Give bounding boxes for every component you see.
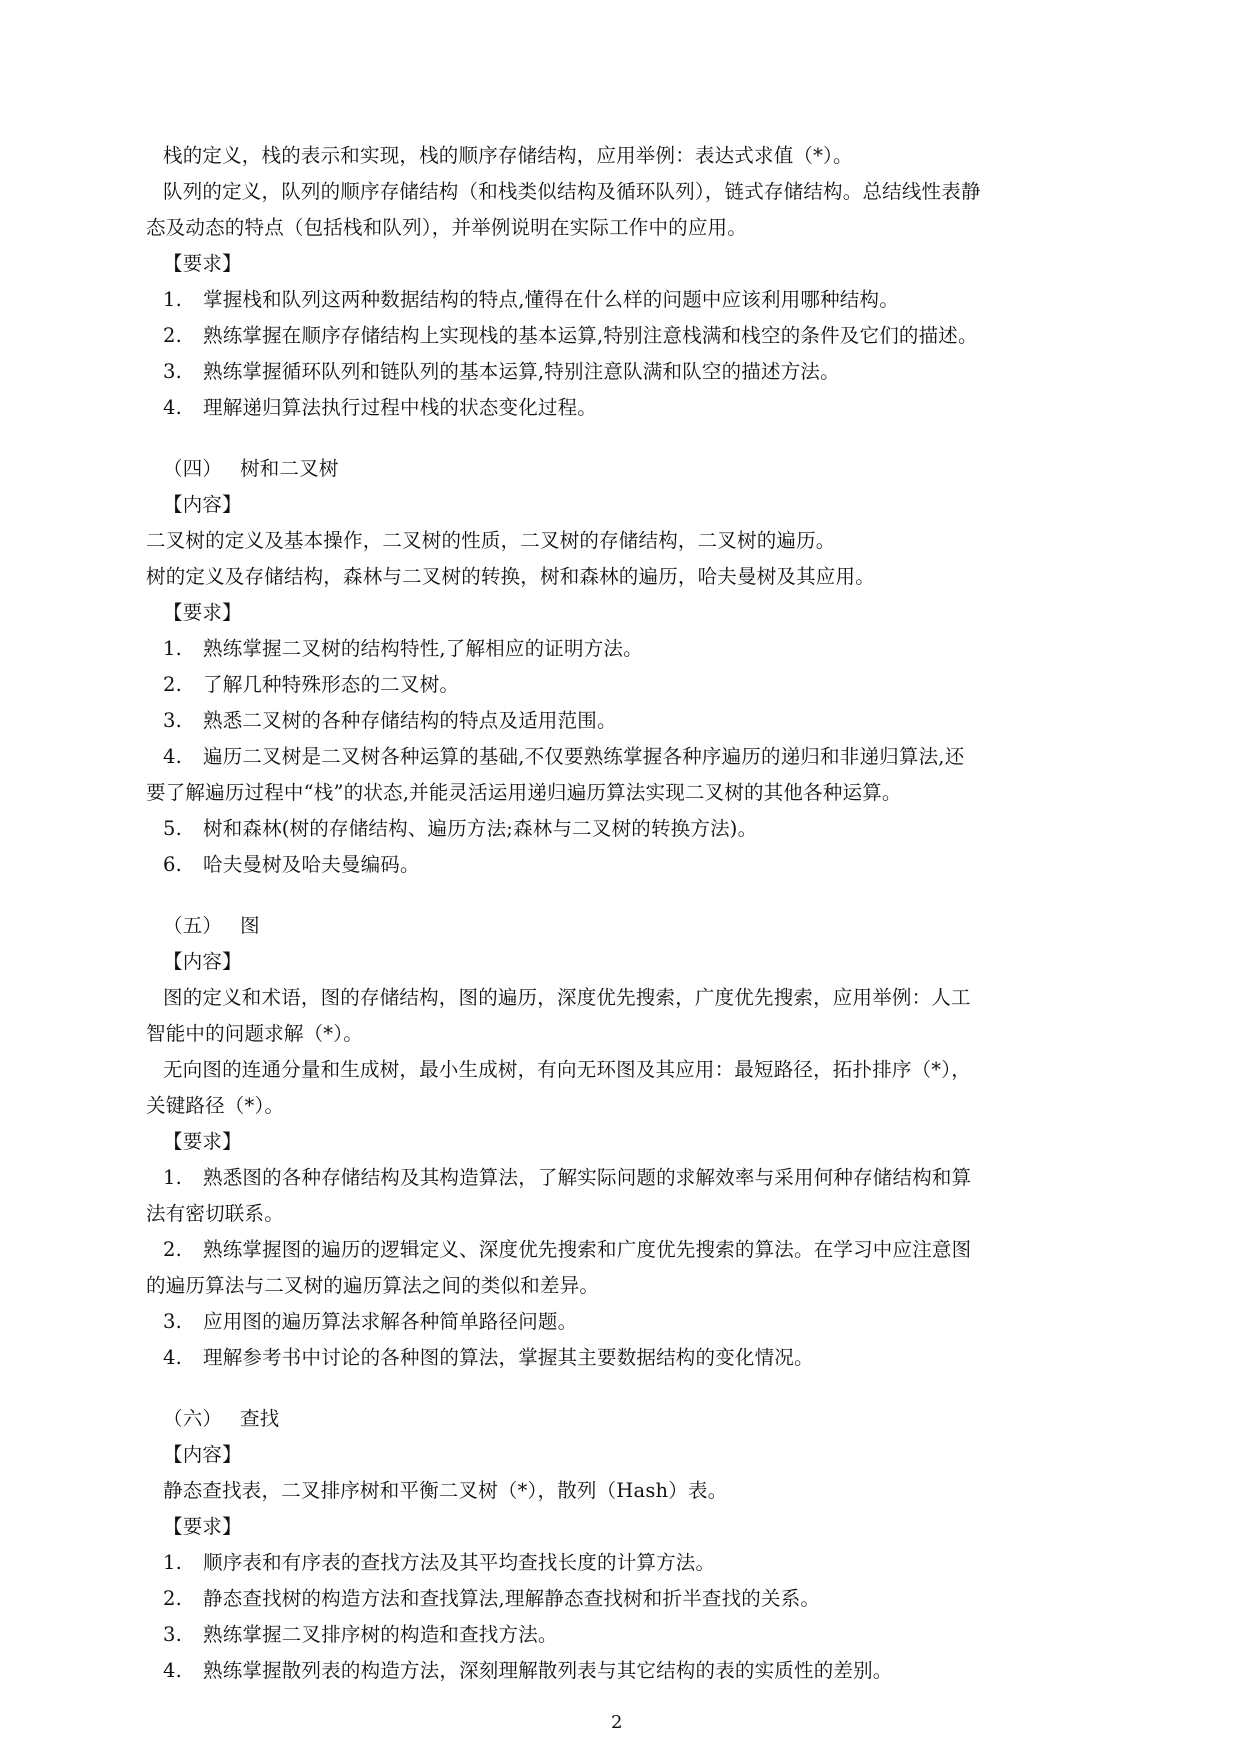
list-item-continuation: 要了解遍历过程中“栈”的状态,并能灵活运用递归遍历算法实现二叉树的其他各种运算。 xyxy=(146,779,902,807)
list-text: 熟练掌握二叉排序树的构造和查找方法。 xyxy=(203,1623,558,1646)
list-text: 哈夫曼树及哈夫曼编码。 xyxy=(203,853,420,876)
list-text: 理解参考书中讨论的各种图的算法，掌握其主要数据结构的变化情况。 xyxy=(203,1346,814,1369)
list-number: 2. xyxy=(163,671,203,699)
list-text: 理解递归算法执行过程中栈的状态变化过程。 xyxy=(203,396,597,419)
list-text: 遍历二叉树是二叉树各种运算的基础,不仅要熟练掌握各种序遍历的递归和非递归算法,还 xyxy=(203,745,964,768)
list-item: 1.顺序表和有序表的查找方法及其平均查找长度的计算方法。 xyxy=(163,1549,715,1577)
list-item-continuation: 法有密切联系。 xyxy=(146,1200,284,1228)
list-item-continuation: 的遍历算法与二叉树的遍历算法之间的类似和差异。 xyxy=(146,1272,599,1300)
list-item: 1.熟练掌握二叉树的结构特性,了解相应的证明方法。 xyxy=(163,635,643,663)
list-item: 5.树和森林(树的存储结构、遍历方法;森林与二叉树的转换方法)。 xyxy=(163,815,757,843)
page-number: 2 xyxy=(611,1712,622,1733)
list-text: 熟练掌握在顺序存储结构上实现栈的基本运算,特别注意栈满和栈空的条件及它们的描述。 xyxy=(203,324,978,347)
list-number: 4. xyxy=(163,743,203,771)
requirements-label: 【要求】 xyxy=(163,250,242,278)
section-title: 树和二叉树 xyxy=(240,457,339,480)
section-title: 图 xyxy=(240,914,260,937)
list-item: 2.熟练掌握图的遍历的逻辑定义、深度优先搜索和广度优先搜索的算法。在学习中应注意… xyxy=(163,1236,971,1264)
list-number: 3. xyxy=(163,358,203,386)
section-number: （五） xyxy=(163,914,222,937)
list-text: 了解几种特殊形态的二叉树。 xyxy=(203,673,459,696)
list-text: 熟悉图的各种存储结构及其构造算法，了解实际问题的求解效率与采用何种存储结构和算 xyxy=(203,1166,971,1189)
list-text: 熟练掌握散列表的构造方法，深刻理解散列表与其它结构的表的实质性的差别。 xyxy=(203,1659,893,1682)
section-heading: （四）树和二叉树 xyxy=(163,455,339,483)
list-text: 静态查找树的构造方法和查找算法,理解静态查找树和折半查找的关系。 xyxy=(203,1587,820,1610)
content-label: 【内容】 xyxy=(163,1441,242,1469)
paragraph: 队列的定义，队列的顺序存储结构（和栈类似结构及循环队列），链式存储结构。总结线性… xyxy=(163,178,981,206)
paragraph-continuation: 智能中的问题求解（*）。 xyxy=(146,1020,363,1048)
list-item: 4.理解递归算法执行过程中栈的状态变化过程。 xyxy=(163,394,597,422)
section-heading: （五）图 xyxy=(163,912,260,940)
section-heading: （六）查找 xyxy=(163,1405,280,1433)
list-number: 3. xyxy=(163,1621,203,1649)
paragraph-continuation: 关键路径（*）。 xyxy=(146,1092,284,1120)
paragraph: 二叉树的定义及基本操作，二叉树的性质，二叉树的存储结构，二叉树的遍历。 xyxy=(146,527,836,555)
requirements-label: 【要求】 xyxy=(163,1128,242,1156)
list-item: 1.掌握栈和队列这两种数据结构的特点,懂得在什么样的问题中应该利用哪种结构。 xyxy=(163,286,899,314)
list-number: 1. xyxy=(163,286,203,314)
list-text: 树和森林(树的存储结构、遍历方法;森林与二叉树的转换方法)。 xyxy=(203,817,757,840)
content-label: 【内容】 xyxy=(163,948,242,976)
paragraph: 栈的定义，栈的表示和实现，栈的顺序存储结构，应用举例：表达式求值（*）。 xyxy=(163,142,853,170)
list-number: 3. xyxy=(163,1308,203,1336)
content-label: 【内容】 xyxy=(163,491,242,519)
list-item: 4.熟练掌握散列表的构造方法，深刻理解散列表与其它结构的表的实质性的差别。 xyxy=(163,1657,893,1685)
list-item: 2.了解几种特殊形态的二叉树。 xyxy=(163,671,459,699)
list-number: 1. xyxy=(163,1549,203,1577)
list-item: 2.熟练掌握在顺序存储结构上实现栈的基本运算,特别注意栈满和栈空的条件及它们的描… xyxy=(163,322,978,350)
list-item: 3.熟悉二叉树的各种存储结构的特点及适用范围。 xyxy=(163,707,617,735)
list-item: 3.熟练掌握二叉排序树的构造和查找方法。 xyxy=(163,1621,558,1649)
requirements-label: 【要求】 xyxy=(163,1513,242,1541)
list-text: 应用图的遍历算法求解各种简单路径问题。 xyxy=(203,1310,577,1333)
list-text: 熟练掌握循环队列和链队列的基本运算,特别注意队满和队空的描述方法。 xyxy=(203,360,840,383)
list-number: 5. xyxy=(163,815,203,843)
list-item: 4.遍历二叉树是二叉树各种运算的基础,不仅要熟练掌握各种序遍历的递归和非递归算法… xyxy=(163,743,964,771)
list-text: 熟悉二叉树的各种存储结构的特点及适用范围。 xyxy=(203,709,617,732)
paragraph: 树的定义及存储结构，森林与二叉树的转换，树和森林的遍历，哈夫曼树及其应用。 xyxy=(146,563,875,591)
section-number: （四） xyxy=(163,457,222,480)
list-text: 熟练掌握图的遍历的逻辑定义、深度优先搜索和广度优先搜索的算法。在学习中应注意图 xyxy=(203,1238,971,1261)
document-page: 栈的定义，栈的表示和实现，栈的顺序存储结构，应用举例：表达式求值（*）。 队列的… xyxy=(0,0,1240,1754)
list-text: 掌握栈和队列这两种数据结构的特点,懂得在什么样的问题中应该利用哪种结构。 xyxy=(203,288,899,311)
requirements-label: 【要求】 xyxy=(163,599,242,627)
list-item: 4.理解参考书中讨论的各种图的算法，掌握其主要数据结构的变化情况。 xyxy=(163,1344,814,1372)
section-number: （六） xyxy=(163,1407,222,1430)
list-item: 6.哈夫曼树及哈夫曼编码。 xyxy=(163,851,420,879)
list-number: 4. xyxy=(163,1344,203,1372)
list-item: 3.熟练掌握循环队列和链队列的基本运算,特别注意队满和队空的描述方法。 xyxy=(163,358,840,386)
list-number: 3. xyxy=(163,707,203,735)
list-number: 4. xyxy=(163,394,203,422)
list-item: 2.静态查找树的构造方法和查找算法,理解静态查找树和折半查找的关系。 xyxy=(163,1585,820,1613)
list-number: 2. xyxy=(163,322,203,350)
list-number: 4. xyxy=(163,1657,203,1685)
section-title: 查找 xyxy=(240,1407,279,1430)
list-item: 3.应用图的遍历算法求解各种简单路径问题。 xyxy=(163,1308,577,1336)
list-number: 1. xyxy=(163,1164,203,1192)
paragraph-continuation: 态及动态的特点（包括栈和队列），并举例说明在实际工作中的应用。 xyxy=(146,214,747,242)
list-number: 2. xyxy=(163,1236,203,1264)
list-text: 顺序表和有序表的查找方法及其平均查找长度的计算方法。 xyxy=(203,1551,715,1574)
list-number: 2. xyxy=(163,1585,203,1613)
list-item: 1.熟悉图的各种存储结构及其构造算法，了解实际问题的求解效率与采用何种存储结构和… xyxy=(163,1164,971,1192)
paragraph: 静态查找表，二叉排序树和平衡二叉树（*），散列（Hash）表。 xyxy=(163,1477,727,1505)
paragraph: 无向图的连通分量和生成树，最小生成树，有向无环图及其应用：最短路径，拓扑排序（*… xyxy=(163,1056,971,1084)
list-number: 6. xyxy=(163,851,203,879)
list-text: 熟练掌握二叉树的结构特性,了解相应的证明方法。 xyxy=(203,637,643,660)
list-number: 1. xyxy=(163,635,203,663)
paragraph: 图的定义和术语，图的存储结构，图的遍历，深度优先搜索，广度优先搜索，应用举例：人… xyxy=(163,984,971,1012)
